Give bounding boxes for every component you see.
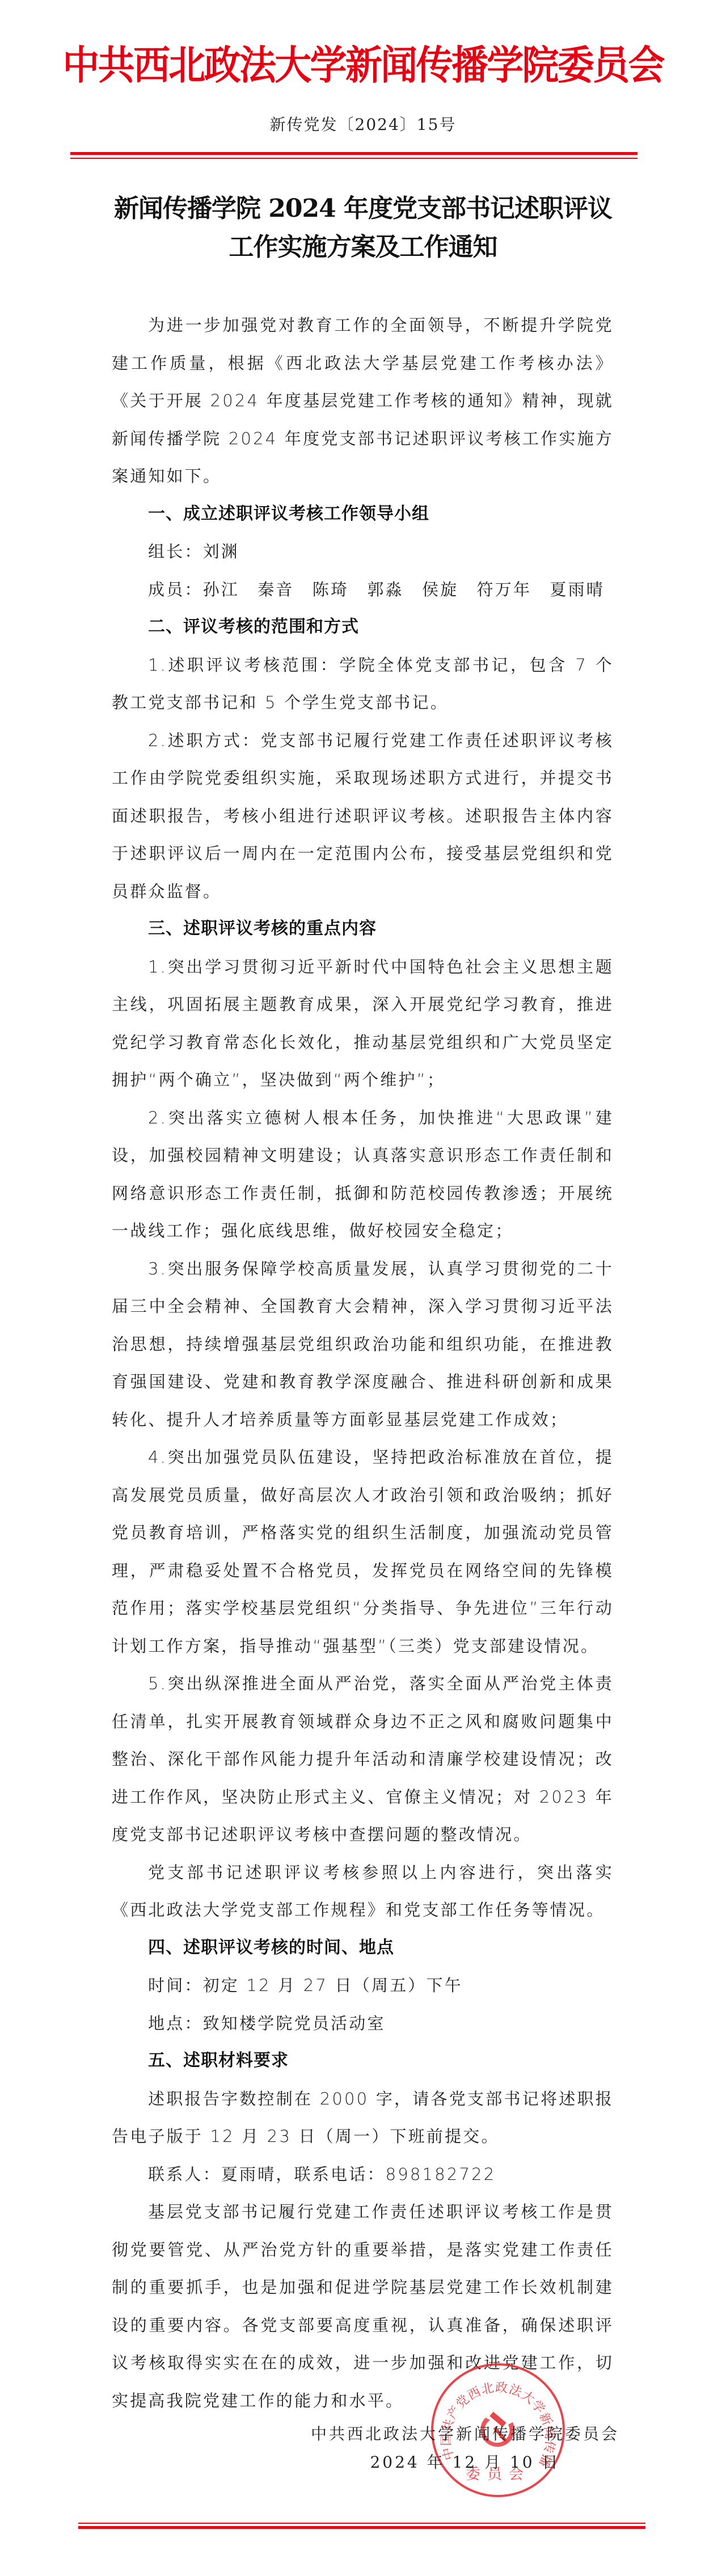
focus-item-4: 4.突出加强党员队伍建设，坚持把政治标准放在首位，提高发展党员质量，做好高层次人… <box>112 1438 614 1665</box>
section-heading-1: 一、成立述职评议考核工作领导小组 <box>112 495 614 533</box>
scope-paragraph: 1.述职评议考核范围：学院全体党支部书记，包含 7 个教工党支部书记和 5 个学… <box>112 646 614 722</box>
method-paragraph: 2.述职方式：党支部书记履行党建工作责任述职评议考核工作由学院党委组织实施，采取… <box>112 722 614 911</box>
time-line: 时间：初定 12 月 27 日（周五）下午 <box>112 1967 614 2005</box>
location-line: 地点：致知楼学院党员活动室 <box>112 2005 614 2043</box>
signature-org: 中共西北政法大学新闻传播学院委员会 <box>306 2423 624 2445</box>
section-heading-2: 二、评议考核的范围和方式 <box>112 608 614 646</box>
focus-summary: 党支部书记述职评议考核参照以上内容进行，突出落实《西北政法大学党支部工作规程》和… <box>112 1854 614 1929</box>
document-body: 为进一步加强党对教育工作的全面领导，不断提升学院党建工作质量，根据《西北政法大学… <box>112 306 614 2419</box>
document-title-line-1: 新闻传播学院 2024 年度党支部书记述职评议 <box>0 193 726 225</box>
members-line: 成员：孙江 秦音 陈琦 郭淼 侯旋 符万年 夏雨晴 <box>112 571 614 609</box>
document-number: 新传党发〔2024〕15号 <box>0 113 726 136</box>
focus-item-3: 3.突出服务保障学校高质量发展，认真学习贯彻党的二十届三中全会精神、全国教育大会… <box>112 1250 614 1439</box>
report-requirement: 述职报告字数控制在 2000 字，请各党支部书记将述职报告电子版于 12 月 2… <box>112 2080 614 2156</box>
leader-line: 组长：刘渊 <box>112 533 614 571</box>
official-document: 中共西北政法大学新闻传播学院委员会 新传党发〔2024〕15号 新闻传播学院 2… <box>0 0 726 2576</box>
section-heading-5: 五、述职材料要求 <box>112 2042 614 2080</box>
signature-date: 2024 年 12 月 10 日 <box>340 2451 590 2474</box>
footer-rule-thin <box>78 2523 645 2524</box>
issuer-masthead: 中共西北政法大学新闻传播学院委员会 <box>26 40 700 91</box>
contact-line: 联系人：夏雨晴，联系电话：898182722 <box>112 2156 614 2194</box>
footer-rule-thick <box>78 2526 645 2529</box>
section-heading-3: 三、述职评议考核的重点内容 <box>112 910 614 948</box>
focus-item-5: 5.突出纵深推进全面从严治党，落实全面从严治党主体责任清单，扎实开展教育领域群众… <box>112 1665 614 1854</box>
intro-paragraph: 为进一步加强党对教育工作的全面领导，不断提升学院党建工作质量，根据《西北政法大学… <box>112 306 614 495</box>
focus-item-1: 1.突出学习贯彻习近平新时代中国特色社会主义思想主题主线，巩固拓展主题教育成果，… <box>112 948 614 1099</box>
focus-item-2: 2.突出落实立德树人根本任务，加快推进“大思政课”建设，加强校园精神文明建设；认… <box>112 1099 614 1250</box>
header-rule-thick <box>70 152 638 155</box>
document-title-line-2: 工作实施方案及工作通知 <box>0 231 726 263</box>
section-heading-4: 四、述职评议考核的时间、地点 <box>112 1929 614 1967</box>
header-rule-thin <box>70 158 638 159</box>
